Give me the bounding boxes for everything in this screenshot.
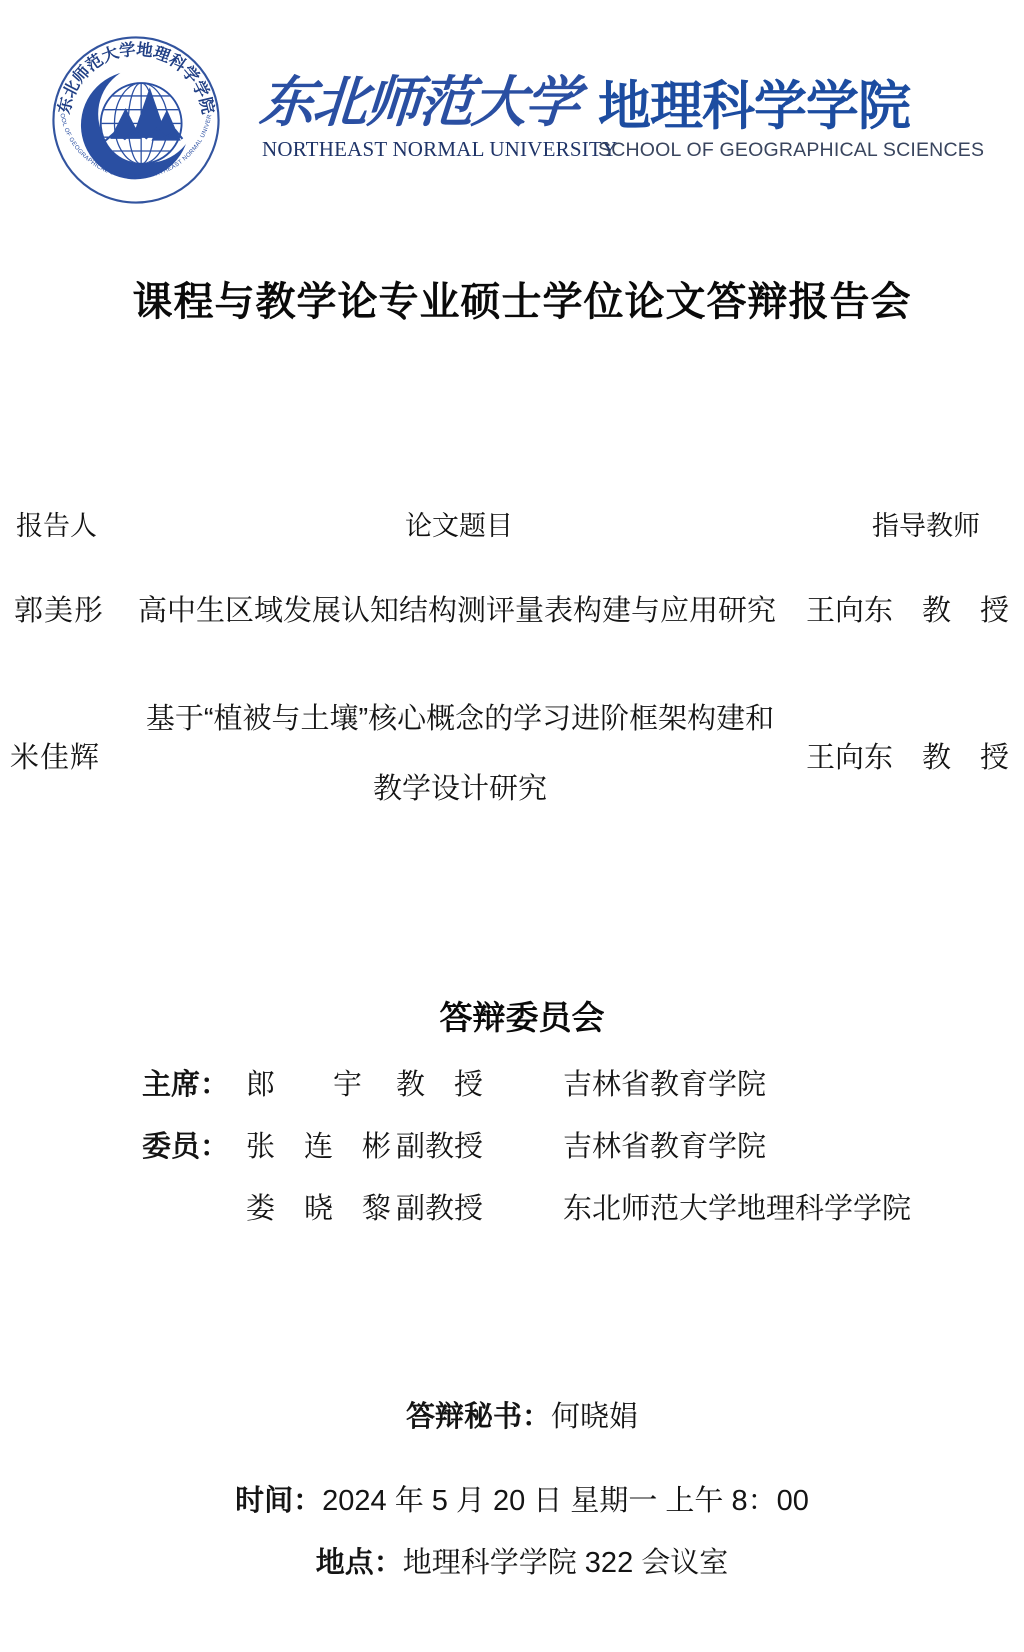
committee-row-chair: 主席： 郎 宇 教 授 吉林省教育学院 bbox=[0, 1066, 1024, 1104]
presenter-name: 米佳辉 bbox=[10, 735, 100, 776]
school-name-cn: 地理科学学院 bbox=[598, 64, 910, 140]
secretary-label: 答辩秘书： bbox=[406, 1401, 551, 1433]
member-role: 委员： bbox=[142, 1128, 246, 1166]
member-org: 东北师范大学地理科学学院 bbox=[563, 1190, 911, 1228]
location-value: 地理科学学院 322 会议室 bbox=[403, 1547, 729, 1579]
member-org: 吉林省教育学院 bbox=[563, 1128, 766, 1166]
thesis-title-line1: 基于“植被与土壤”核心概念的学习进阶框架构建和 bbox=[146, 696, 774, 737]
time-value: 2024 年 5 月 20 日 星期一 上午 8：00 bbox=[322, 1485, 809, 1517]
location-line: 地点：地理科学学院 322 会议室 bbox=[20, 1540, 1024, 1581]
member-title: 教 授 bbox=[396, 1066, 563, 1104]
page-title: 课程与教学论专业硕士学位论文答辩报告会 bbox=[20, 270, 1024, 327]
advisor-name: 王向东 教 授 bbox=[806, 735, 1009, 776]
col-header-presenter: 报告人 bbox=[16, 504, 97, 543]
member-org: 吉林省教育学院 bbox=[563, 1066, 766, 1104]
committee-heading: 答辩委员会 bbox=[20, 992, 1024, 1039]
presenter-name: 郭美彤 bbox=[14, 588, 104, 629]
time-line: 时间：2024 年 5 月 20 日 星期一 上午 8：00 bbox=[20, 1478, 1024, 1519]
location-label: 地点： bbox=[316, 1547, 403, 1579]
member-title: 副教授 bbox=[396, 1128, 563, 1166]
secretary-name: 何晓娟 bbox=[551, 1401, 638, 1433]
defense-announcement-page: 东北师范大学地理科学学院 SCHOOL OF GEOGRAPHICAL SCIE… bbox=[0, 0, 1024, 1652]
committee-row-member: 委员： 张 连 彬 副教授 吉林省教育学院 bbox=[0, 1128, 1024, 1166]
university-seal-logo: 东北师范大学地理科学学院 SCHOOL OF GEOGRAPHICAL SCIE… bbox=[50, 34, 222, 206]
thesis-title-line2: 教学设计研究 bbox=[373, 766, 547, 807]
member-name: 郎 宇 bbox=[246, 1066, 396, 1104]
member-name: 娄 晓 黎 bbox=[246, 1190, 396, 1228]
member-role: 主席： bbox=[142, 1066, 246, 1104]
member-title: 副教授 bbox=[396, 1190, 563, 1228]
committee-row-member: 娄 晓 黎 副教授 东北师范大学地理科学学院 bbox=[0, 1190, 1024, 1228]
university-name-en: NORTHEAST NORMAL UNIVERSITY bbox=[262, 137, 617, 162]
secretary-line: 答辩秘书：何晓娟 bbox=[20, 1394, 1024, 1435]
advisor-name: 王向东 教 授 bbox=[806, 588, 1009, 629]
university-seal-icon: 东北师范大学地理科学学院 SCHOOL OF GEOGRAPHICAL SCIE… bbox=[50, 34, 222, 206]
col-header-advisor: 指导教师 bbox=[872, 504, 980, 543]
time-label: 时间： bbox=[235, 1485, 322, 1517]
col-header-thesis: 论文题目 bbox=[405, 504, 513, 543]
university-name-cn: 东北师范大学 bbox=[257, 58, 581, 137]
school-name-en: SCHOOL OF GEOGRAPHICAL SCIENCES bbox=[598, 139, 984, 162]
thesis-title: 高中生区域发展认知结构测评量表构建与应用研究 bbox=[138, 588, 776, 629]
member-name: 张 连 彬 bbox=[246, 1128, 396, 1166]
